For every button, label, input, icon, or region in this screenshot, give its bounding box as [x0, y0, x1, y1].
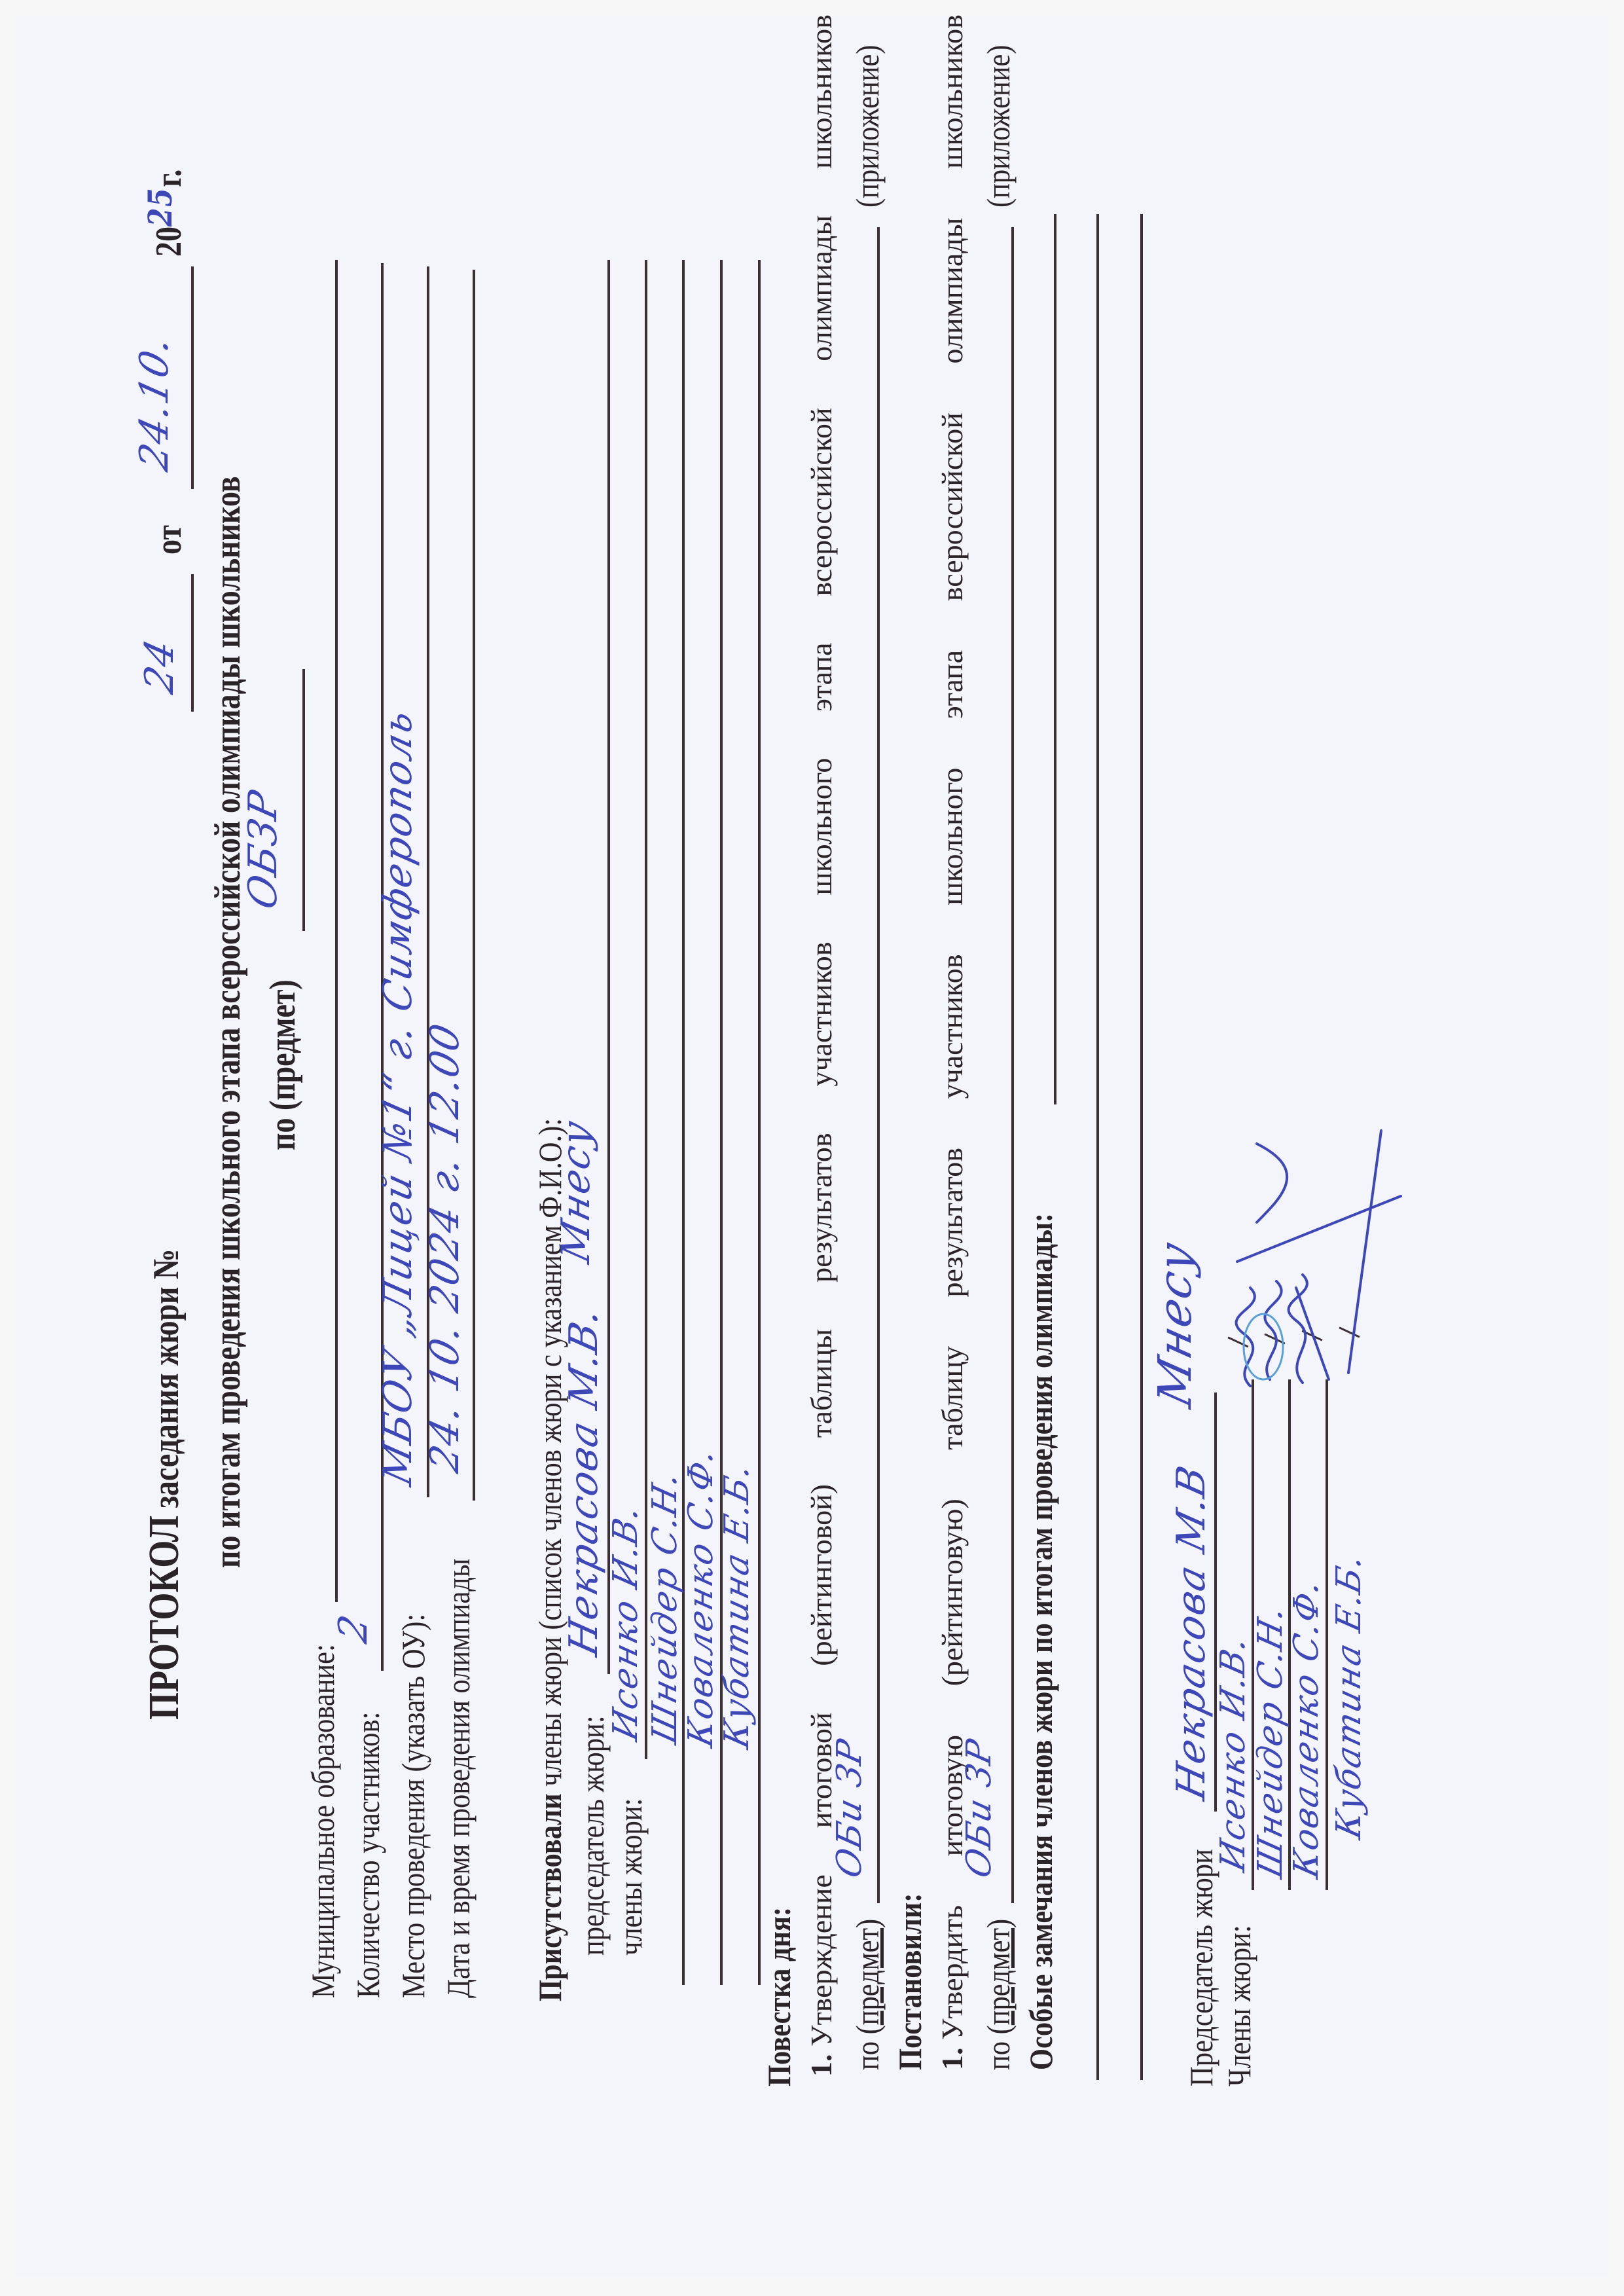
present-member-1: Исенко И.В. [609, 1502, 643, 1744]
field-datetime-label: Дата и время проведения олимпиады [442, 1558, 475, 1998]
resolved-subject-value: ОБи ЗР [962, 1735, 996, 1881]
remarks-heading: Особые замечания членов жюри по итогам п… [1024, 1213, 1057, 2070]
resolved-word: этапа [937, 650, 967, 719]
agenda-subject-label: по (предмет) [851, 1919, 884, 2070]
resolved-item-number: 1. Утвердить [937, 1905, 967, 2070]
present-heading-bold: Присутствовали [532, 1793, 568, 2001]
remarks-line-3 [1140, 214, 1143, 2080]
protocol-date: 24.10. [135, 332, 174, 475]
signatures-members-label: Члены жюри: [1223, 1925, 1255, 2086]
title-subject-value: ОБЗР [244, 786, 283, 913]
present-members-label: члены жюри: [614, 1798, 647, 1956]
protocol-sheet: ПРОТОКОЛ заседания жюри № 24 от 24.10. 2… [0, 0, 1624, 2296]
resolved-word: участников [937, 954, 967, 1099]
remarks-line-1 [1054, 214, 1056, 1104]
present-member-2: Шнейдер С.Н. [648, 1468, 682, 1747]
resolved-word: школьников [937, 14, 967, 169]
agenda-word: всероссийской [806, 408, 837, 596]
present-member-4: Кубатина Е.Б. [720, 1460, 754, 1752]
present-chair-line [607, 260, 610, 1674]
agenda-word: результатов [806, 1133, 837, 1282]
resolved-appendix: (приложение) [982, 45, 1015, 208]
signatures-member-2: Шнейдер С.Н. [1254, 1602, 1288, 1882]
year-prefix: 20 [149, 227, 189, 257]
resolved-word: школьного [937, 768, 967, 905]
title-line-1: ПРОТОКОЛ заседания жюри № [143, 1249, 186, 1720]
present-chair-value: Некрасова М.В. [564, 1303, 604, 1660]
resolved-word: результатов [937, 1148, 967, 1297]
field-venue-value: МБОУ „Лицей №1“ г. Симферополь [378, 705, 418, 1489]
year-suffix: 25 [141, 187, 179, 227]
field-municipality-label: Муниципальное образование: [306, 1644, 339, 1998]
agenda-word: этапа [806, 642, 837, 711]
present-members-line-4 [758, 260, 761, 1985]
title-subject-label: по (предмет) [264, 979, 301, 1150]
title-protocol-word: ПРОТОКОЛ [140, 1516, 188, 1720]
resolved-word: олимпиады [937, 217, 967, 363]
field-datetime-line [473, 270, 475, 1501]
signatures-member-4: Кубатина Е.Б. [1332, 1550, 1366, 1842]
present-chair-signature: Мнесу [556, 1116, 596, 1267]
title-subject-line [302, 669, 305, 931]
agenda-heading: Повестка дня: [763, 1907, 795, 2086]
signatures-member-3: Коваленко С.Ф. [1290, 1576, 1324, 1882]
protocol-number: 24 [140, 634, 179, 697]
field-datetime-value: 24. 10. 2024 г. 12.00 [425, 1019, 465, 1476]
agenda-word: участников [806, 942, 837, 1087]
resolved-heading: Постановили: [893, 1893, 926, 2070]
present-chair-label: председатель жюри: [576, 1715, 609, 1956]
agenda-word: (рейтинговой) [806, 1484, 837, 1666]
resolved-subject-label: по (предмет) [982, 1919, 1015, 2070]
resolved-subject-line [1011, 227, 1014, 1903]
signatures-member-1: Исенко И.В. [1216, 1633, 1250, 1875]
title-year: 2025г. [151, 170, 187, 257]
agenda-word: таблицы [806, 1329, 837, 1438]
resolved-word: всероссийской [937, 412, 967, 601]
agenda-subject-value: ОБи ЗР [833, 1735, 867, 1881]
field-participants-value: 2 [334, 1610, 373, 1646]
protocol-number-line [191, 574, 194, 712]
agenda-word: олимпиады [806, 215, 837, 361]
agenda-appendix: (приложение) [851, 45, 884, 208]
agenda-subject-line [877, 227, 880, 1903]
signatures-chair-label: Председатель жюри [1185, 1849, 1218, 2086]
signatures-chair-signature: Мнесу [1152, 1237, 1198, 1411]
present-member-3: Коваленко С.Ф. [684, 1445, 718, 1751]
title-line-2: по итогам проведения школьного этапа все… [209, 476, 246, 1568]
resolved-word: (рейтинговую) [937, 1499, 967, 1686]
resolved-word: таблицу [937, 1346, 967, 1450]
agenda-word: школьников [806, 14, 837, 169]
title-meeting: заседания жюри № [146, 1249, 187, 1508]
title-from-word: от [151, 525, 187, 555]
remarks-line-2 [1096, 214, 1099, 2080]
field-venue-label: Место проведения (указать ОУ): [397, 1614, 429, 1998]
field-participants-label: Количество участников: [352, 1712, 384, 1998]
signatures-chair-name: Некрасова М.В [1172, 1461, 1211, 1804]
member-signatures-scribble [1231, 1052, 1427, 1393]
field-municipality-line [335, 260, 338, 1602]
agenda-word: школьного [806, 758, 837, 896]
protocol-date-line [191, 266, 194, 489]
agenda-item-number: 1. Утверждение [806, 1874, 837, 2077]
year-end: г. [149, 170, 189, 187]
